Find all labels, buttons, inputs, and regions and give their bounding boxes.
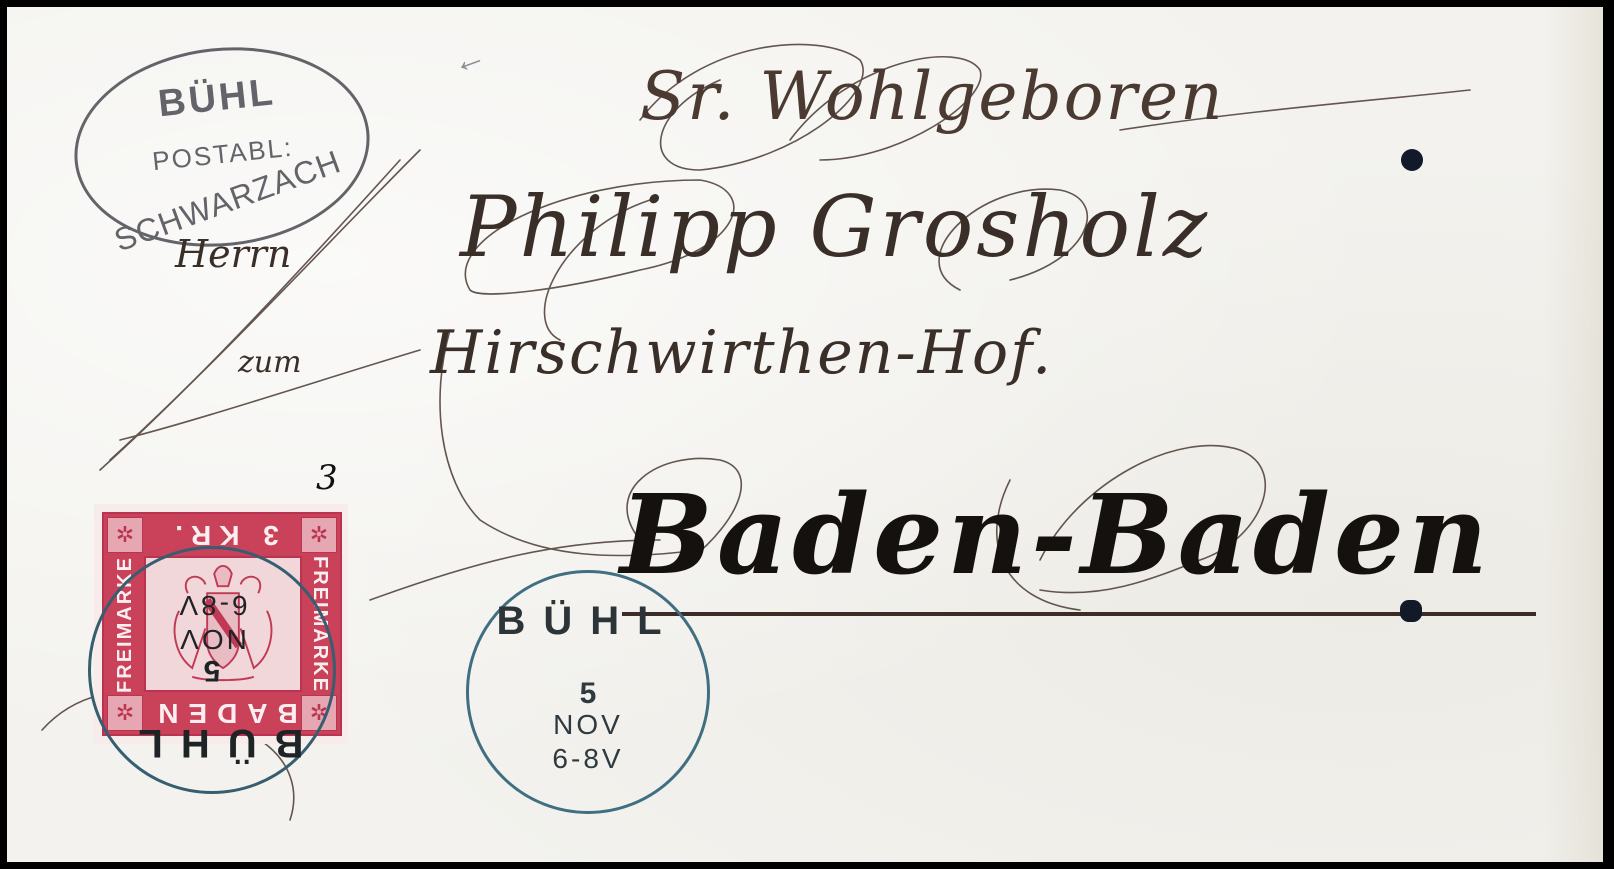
city-underline	[622, 612, 1536, 616]
address-prefix: zum	[238, 345, 302, 380]
postmark-town: BÜHL	[91, 720, 333, 765]
postmark-day: 5	[469, 677, 707, 711]
address-city: Baden-Baden	[620, 470, 1492, 599]
postmark-day: 5	[91, 653, 333, 687]
stamp-corner-ornament-icon	[107, 517, 143, 553]
address-salutation: Sr. Wohlgeboren	[640, 58, 1225, 135]
ink-blot	[1400, 600, 1422, 622]
rate-mark: 3	[316, 458, 338, 498]
postmark-time: 6-8V	[91, 589, 333, 621]
address-recipient-name: Philipp Grosholz	[460, 178, 1210, 276]
postmark-month: NOV	[91, 623, 333, 655]
circular-date-stamp-on-stamp: BÜHL 5 NOV 6-8V	[88, 546, 336, 794]
address-establishment: Hirschwirthen-Hof.	[430, 318, 1053, 388]
circular-date-stamp: BÜHL 5 NOV 6-8V	[466, 570, 710, 814]
postmark-town: BÜHL	[469, 599, 707, 644]
ink-blot	[1401, 149, 1423, 171]
postmark-time: 6-8V	[469, 743, 707, 775]
postmark-month: NOV	[469, 709, 707, 741]
stamp-corner-ornament-icon	[301, 517, 337, 553]
address-title: Herrn	[175, 232, 291, 276]
